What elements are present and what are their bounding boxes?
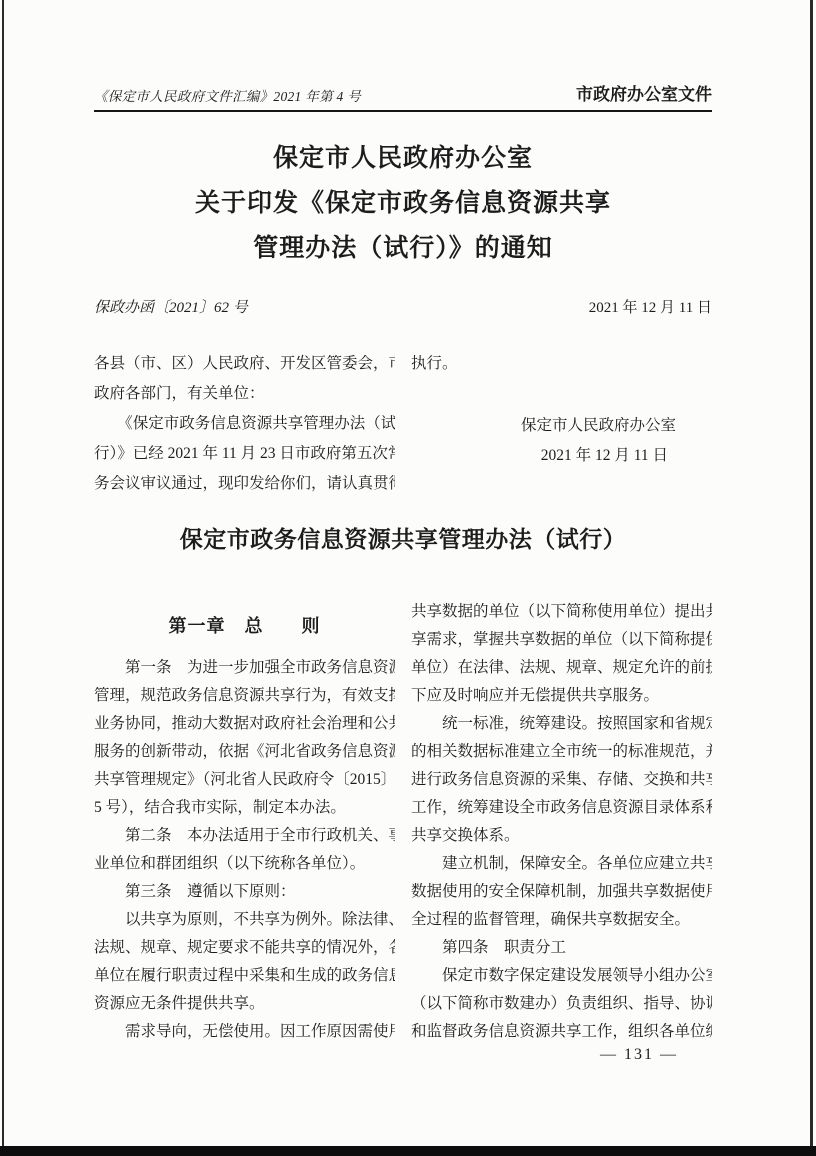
text-line: 统一标准，统筹建设。按照国家和省规定 bbox=[411, 710, 712, 738]
text-line: 管理办法（试行）》的通知 bbox=[94, 226, 712, 271]
notice-body-left-column: 各县（市、区）人民政府、开发区管委会，市政府各部门，有关单位： 《保定市政务信息… bbox=[94, 349, 395, 499]
text-line: 务会议审议通过，现印发给你们，请认真贯彻 bbox=[94, 469, 395, 499]
text-line: 业务协同，推动大数据对政府社会治理和公共 bbox=[94, 710, 395, 738]
text-line: 共享交换体系。 bbox=[411, 822, 712, 850]
notice-body-right-column: 执行。 保定市人民政府办公室 2021 年 12 月 11 日 bbox=[411, 349, 712, 499]
text-line: 管理，规范政务信息资源共享行为，有效支撑 bbox=[94, 682, 395, 710]
text-line: 单位）在法律、法规、规章、规定允许的前提 bbox=[411, 654, 712, 682]
text-line: （以下简称市数建办）负责组织、指导、协调 bbox=[411, 990, 712, 1018]
text-line: 的相关数据标准建立全市统一的标准规范，并 bbox=[411, 738, 712, 766]
text-line: 第二条 本办法适用于全市行政机关、事 bbox=[94, 822, 395, 850]
text-line: 政府各部门，有关单位： bbox=[94, 379, 395, 409]
regulation-left-column: 第一章 总 则 第一条 为进一步加强全市政务信息资源管理，规范政务信息资源共享行… bbox=[94, 598, 395, 1046]
text-line: 和监督政务信息资源共享工作，组织各单位编 bbox=[411, 1018, 712, 1046]
text-line: 保定市人民政府办公室 bbox=[94, 136, 712, 181]
scan-edge-left bbox=[2, 0, 4, 1156]
text-line: 下应及时响应并无偿提供共享服务。 bbox=[411, 682, 712, 710]
text-line: 《保定市政务信息资源共享管理办法（试 bbox=[94, 409, 395, 439]
text-line: 服务的创新带动，依据《河北省政务信息资源 bbox=[94, 738, 395, 766]
text-line: 需求导向，无偿使用。因工作原因需使用 bbox=[94, 1018, 395, 1046]
text-line: 以共享为原则，不共享为例外。除法律、 bbox=[94, 906, 395, 934]
text-line: 享需求，掌握共享数据的单位（以下简称提供 bbox=[411, 626, 712, 654]
signature-block: 保定市人民政府办公室 2021 年 12 月 11 日 bbox=[411, 411, 712, 471]
notice-body: 各县（市、区）人民政府、开发区管委会，市政府各部门，有关单位： 《保定市政务信息… bbox=[94, 349, 712, 499]
scan-edge-bottom bbox=[0, 1146, 816, 1156]
text-line: 建立机制，保障安全。各单位应建立共享 bbox=[411, 850, 712, 878]
page-number: — 131 — bbox=[94, 1046, 712, 1064]
scan-edge-right bbox=[810, 0, 813, 1156]
text-line: 行）》已经 2021 年 11 月 23 日市政府第五次常 bbox=[94, 439, 395, 469]
regulation-right-column: 共享数据的单位（以下简称使用单位）提出共享需求，掌握共享数据的单位（以下简称提供… bbox=[411, 598, 712, 1046]
text-line: 关于印发《保定市政务信息资源共享 bbox=[94, 181, 712, 226]
text-line: 执行。 bbox=[411, 349, 712, 379]
regulation-left-lines: 第一条 为进一步加强全市政务信息资源管理，规范政务信息资源共享行为，有效支撑业务… bbox=[94, 654, 395, 1046]
signature-date: 2021 年 12 月 11 日 bbox=[411, 441, 712, 471]
text-line: 第一条 为进一步加强全市政务信息资源 bbox=[94, 654, 395, 682]
text-line: 单位在履行职责过程中采集和生成的政务信息 bbox=[94, 962, 395, 990]
page-header: 《保定市人民政府文件汇编》2021 年第 4 号 市政府办公室文件 bbox=[94, 80, 712, 112]
text-line: 业单位和群团组织（以下统称各单位）。 bbox=[94, 850, 395, 878]
chapter-one-heading: 第一章 总 则 bbox=[94, 598, 395, 654]
regulation-title: 保定市政务信息资源共享管理办法（试行） bbox=[94, 521, 712, 554]
text-line: 第三条 遵循以下原则： bbox=[94, 878, 395, 906]
text-line: 保定市数字保定建设发展领导小组办公室 bbox=[411, 962, 712, 990]
header-office-label: 市政府办公室文件 bbox=[576, 80, 712, 105]
scanned-document-page: 《保定市人民政府文件汇编》2021 年第 4 号 市政府办公室文件 保定市人民政… bbox=[0, 0, 816, 1156]
doc-date: 2021 年 12 月 11 日 bbox=[589, 296, 712, 317]
text-line: 5 号），结合我市实际，制定本办法。 bbox=[94, 794, 395, 822]
doc-number: 保政办函〔2021〕62 号 bbox=[94, 296, 248, 317]
text-line: 工作，统筹建设全市政务信息资源目录体系和 bbox=[411, 794, 712, 822]
notice-title: 保定市人民政府办公室关于印发《保定市政务信息资源共享管理办法（试行）》的通知 bbox=[94, 136, 712, 271]
text-line: 资源应无条件提供共享。 bbox=[94, 990, 395, 1018]
text-line: 进行政务信息资源的采集、存储、交换和共享 bbox=[411, 766, 712, 794]
signature-name: 保定市人民政府办公室 bbox=[411, 411, 712, 441]
text-line: 法规、规章、规定要求不能共享的情况外，各 bbox=[94, 934, 395, 962]
doc-meta-row: 保政办函〔2021〕62 号 2021 年 12 月 11 日 bbox=[94, 296, 712, 317]
text-line: 各县（市、区）人民政府、开发区管委会，市 bbox=[94, 349, 395, 379]
text-line: 第四条 职责分工 bbox=[411, 934, 712, 962]
text-line: 全过程的监督管理，确保共享数据安全。 bbox=[411, 906, 712, 934]
text-line: 共享数据的单位（以下简称使用单位）提出共 bbox=[411, 598, 712, 626]
text-line: 共享管理规定》（河北省人民政府令〔2015〕第 bbox=[94, 766, 395, 794]
text-line: 数据使用的安全保障机制，加强共享数据使用 bbox=[411, 878, 712, 906]
header-compilation-label: 《保定市人民政府文件汇编》2021 年第 4 号 bbox=[94, 85, 361, 105]
regulation-body: 第一章 总 则 第一条 为进一步加强全市政务信息资源管理，规范政务信息资源共享行… bbox=[94, 598, 712, 1046]
